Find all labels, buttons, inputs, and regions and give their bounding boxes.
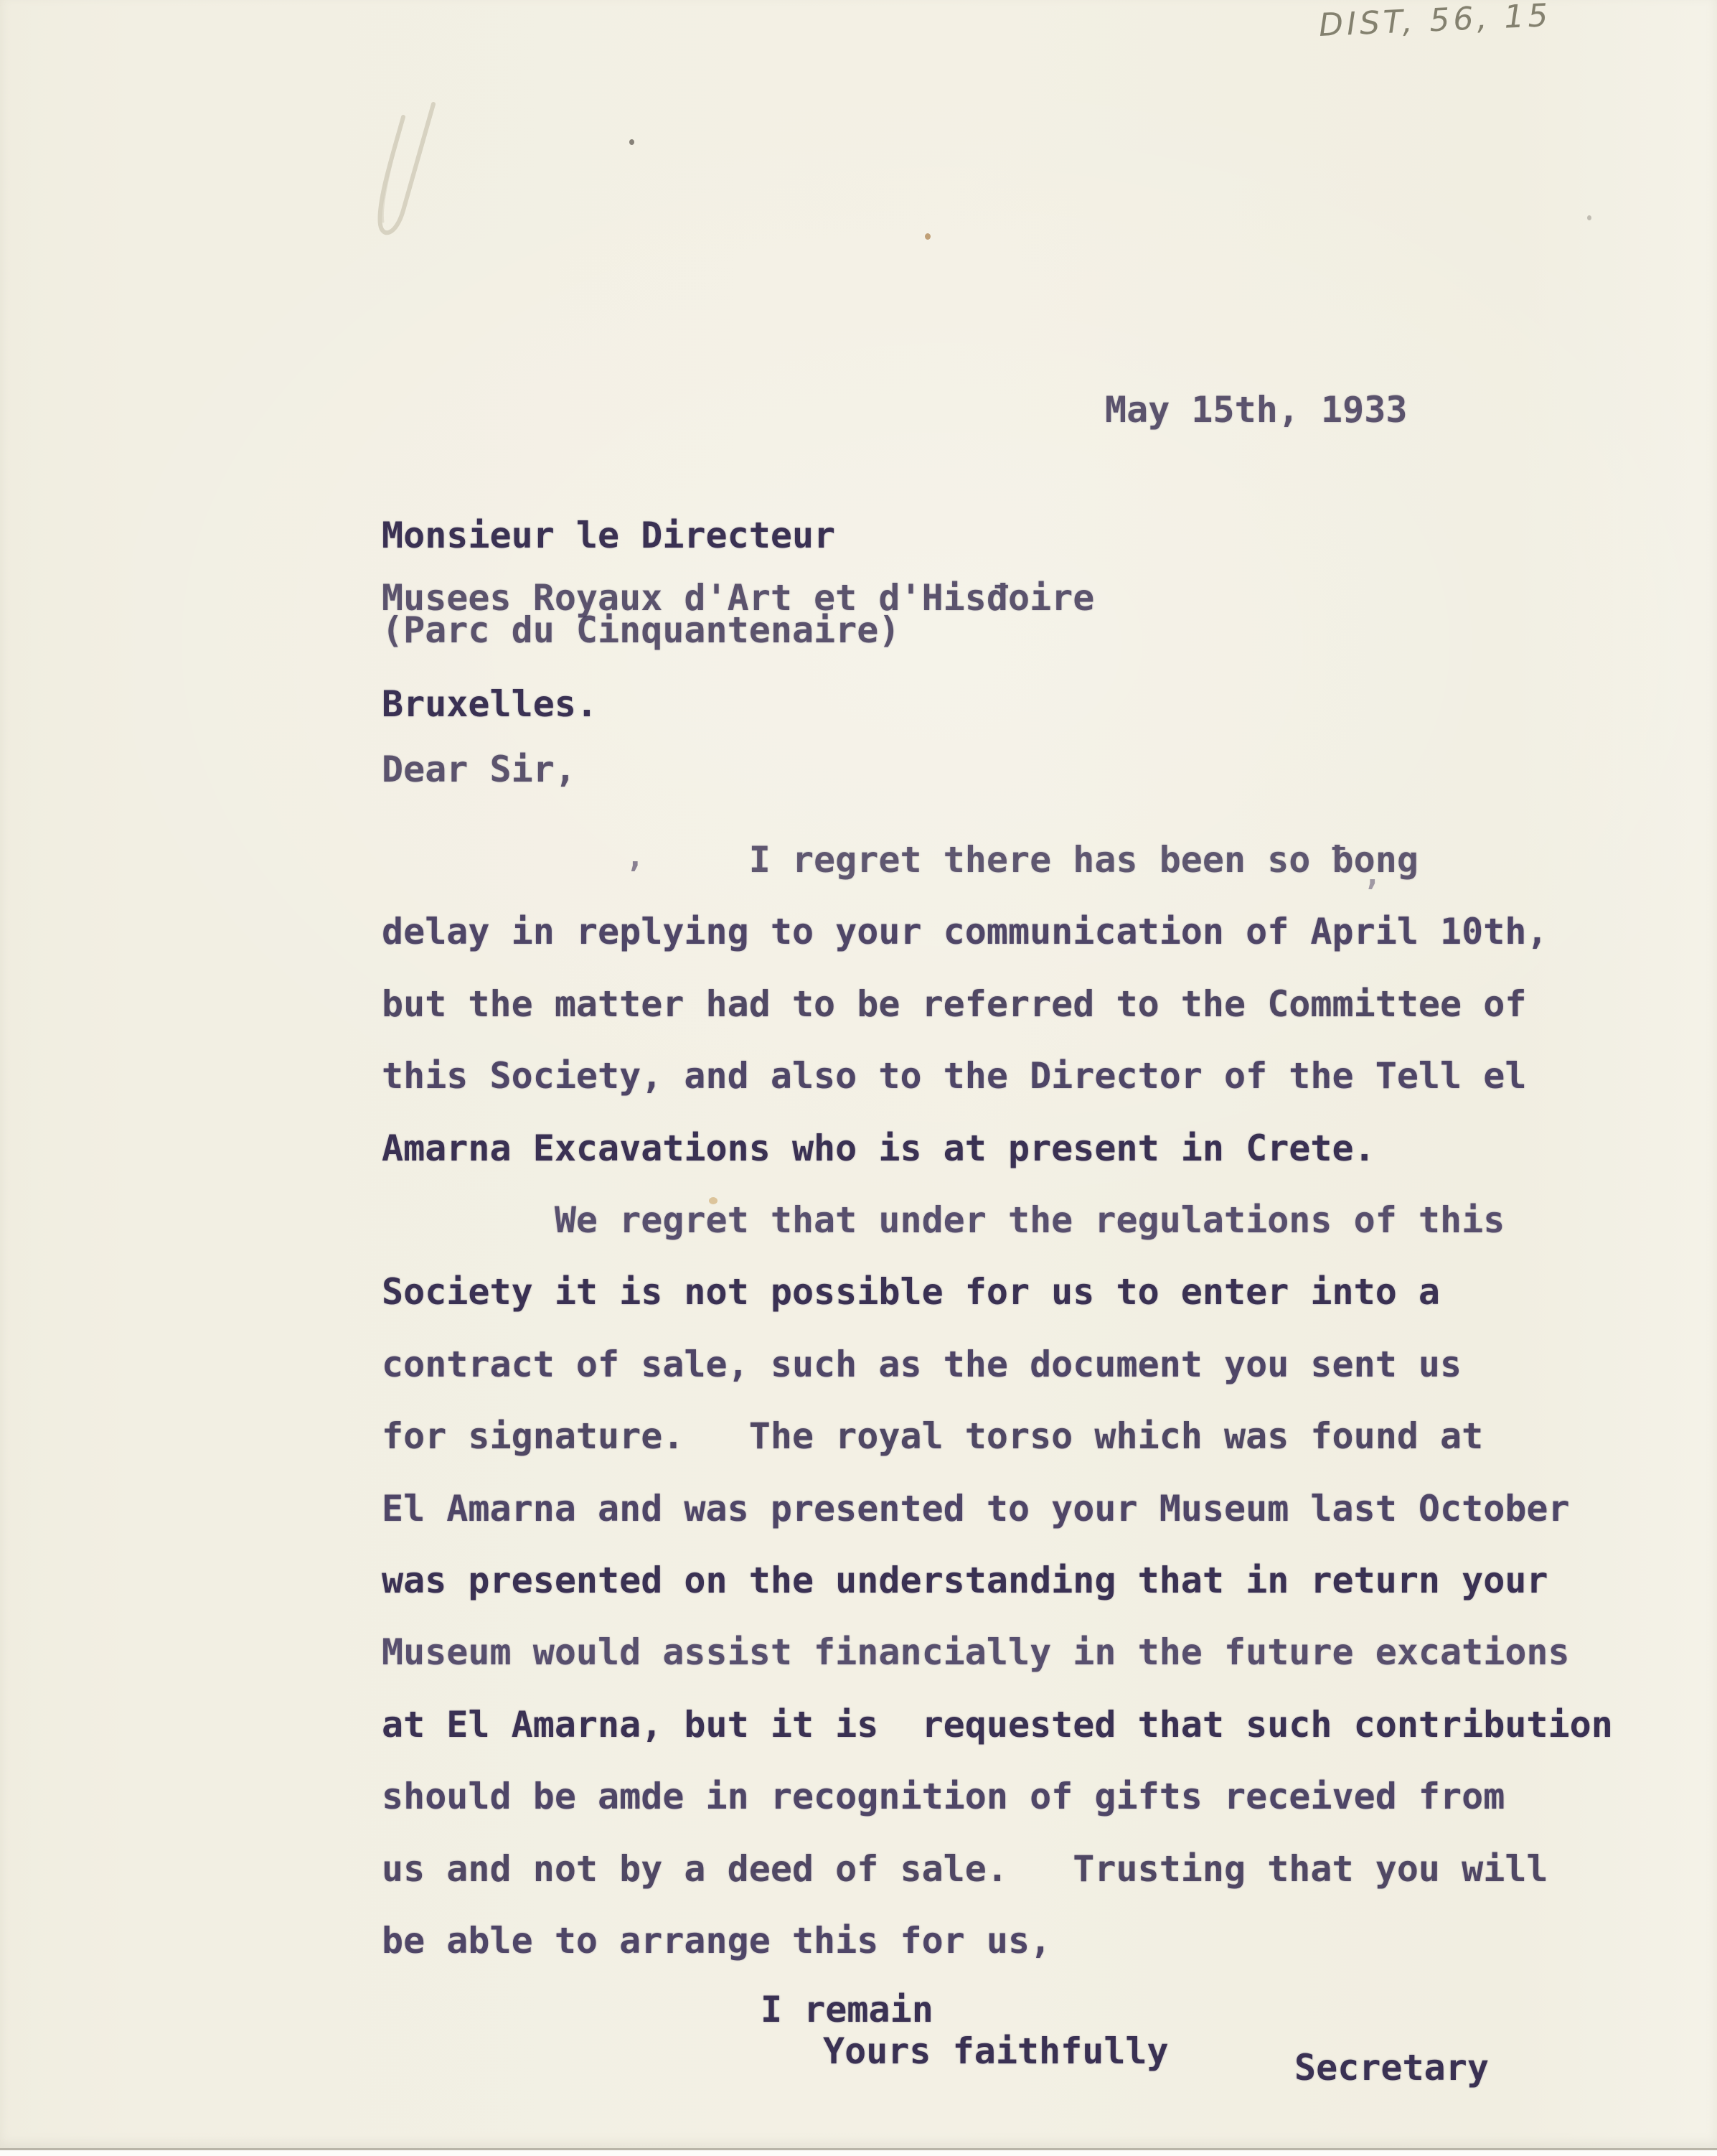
body-line: for signature. The royal torso which was… bbox=[382, 1418, 1483, 1454]
scanned-letter-page: DIST, 56, 15 May 15th, 1933 Monsieur le … bbox=[0, 0, 1717, 2156]
body-line: at El Amarna, but it is requested that s… bbox=[382, 1707, 1613, 1743]
recipient-line: Monsieur le Directeur bbox=[382, 517, 835, 553]
closing-line: Yours faithfully bbox=[823, 2033, 1169, 2069]
body-line: We regret that under the regulations of … bbox=[382, 1202, 1505, 1238]
body-line: Museum would assist financially in the f… bbox=[382, 1634, 1570, 1670]
archival-code-annotation: DIST, 56, 15 bbox=[1318, 0, 1552, 44]
body-line: us and not by a deed of sale. Trusting t… bbox=[382, 1851, 1548, 1887]
recipient-line: (Parc du Cinquantenaire) bbox=[382, 612, 900, 648]
stray-comma-mark: , bbox=[626, 838, 645, 875]
salutation-line: Dear Sir, bbox=[382, 751, 576, 787]
body-line: delay in replying to your communication … bbox=[382, 914, 1548, 950]
paper-speck bbox=[709, 1197, 718, 1204]
body-line: this Society, and also to the Director o… bbox=[382, 1058, 1526, 1094]
body-line: be able to arrange this for us, bbox=[382, 1923, 1051, 1959]
body-line: Society it is not possible for us to ent… bbox=[382, 1274, 1440, 1310]
paper-speck bbox=[629, 139, 634, 145]
body-line: but the matter had to be referred to the… bbox=[382, 986, 1526, 1022]
body-line: I regret there has been so ƀong bbox=[382, 842, 1419, 878]
paper-speck bbox=[1587, 215, 1591, 220]
date-line: May 15th, 1933 bbox=[1105, 392, 1407, 428]
body-line: El Amarna and was presented to your Muse… bbox=[382, 1491, 1570, 1527]
recipient-line: Bruxelles. bbox=[382, 686, 598, 722]
scanner-background-strip bbox=[0, 2150, 1717, 2156]
stray-apostrophe-mark: ’ bbox=[1362, 874, 1381, 911]
body-line: was presented on the understanding that … bbox=[382, 1562, 1548, 1598]
body-line: Amarna Excavations who is at present in … bbox=[382, 1130, 1375, 1166]
body-line: should be amde in recognition of gifts r… bbox=[382, 1778, 1505, 1814]
closing-line: I remain bbox=[761, 1992, 933, 2028]
pencil-stroke-mark bbox=[359, 90, 495, 255]
signature-title: Secretary bbox=[1294, 2050, 1489, 2086]
body-line: contract of sale, such as the document y… bbox=[382, 1346, 1462, 1382]
paper-speck bbox=[925, 233, 931, 240]
paper-sheet: DIST, 56, 15 May 15th, 1933 Monsieur le … bbox=[0, 0, 1717, 2150]
